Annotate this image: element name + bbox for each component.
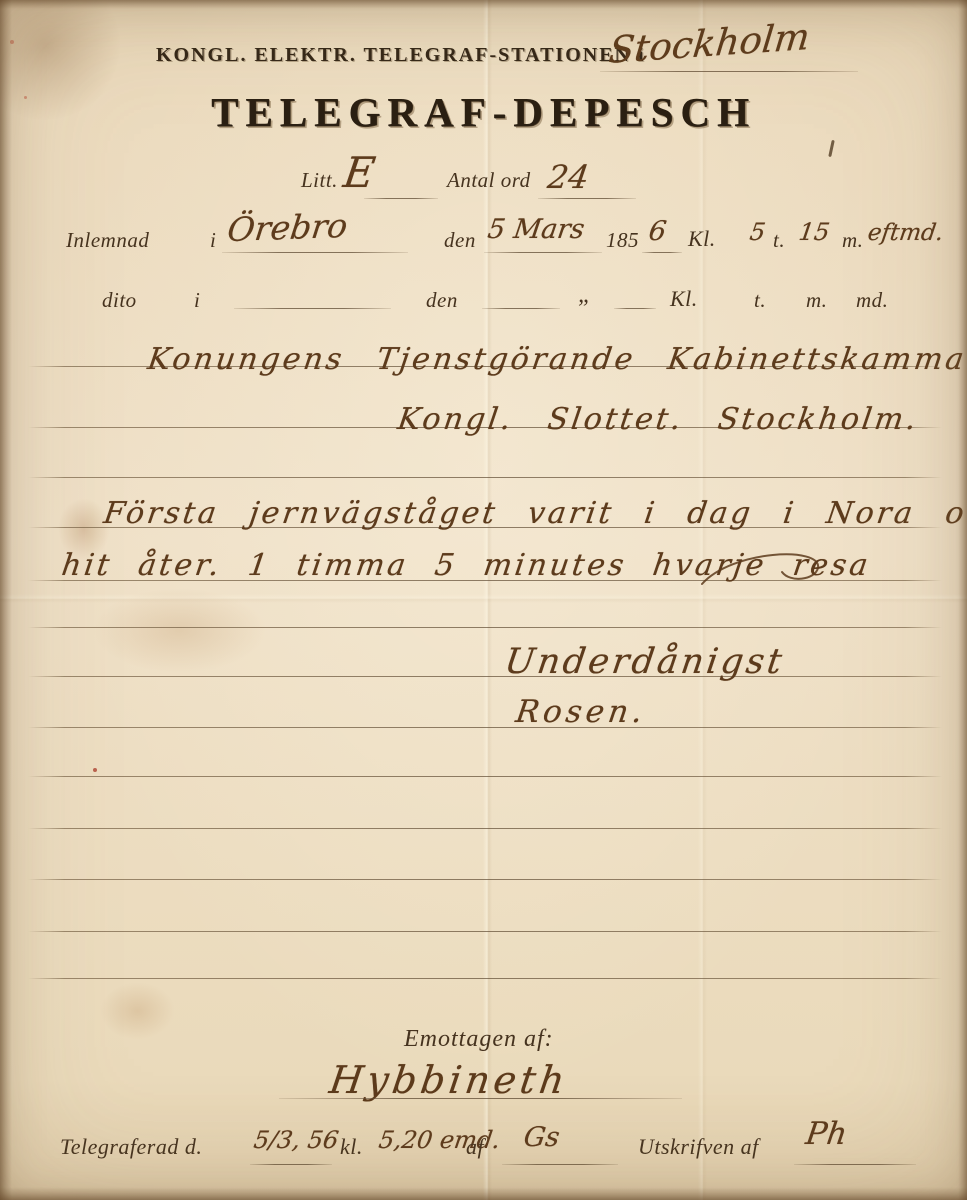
place-underline bbox=[222, 252, 408, 253]
year-digit-handwritten: 6 bbox=[647, 216, 669, 247]
ink-speck bbox=[93, 768, 97, 772]
antal-ord-label: Antal ord bbox=[447, 168, 531, 193]
paper-fold-vertical bbox=[698, 0, 707, 1200]
ink-speck bbox=[10, 40, 14, 44]
age-stain bbox=[100, 982, 175, 1040]
litt-label: Litt. bbox=[301, 168, 338, 193]
ruled-line bbox=[28, 627, 942, 628]
place-handwritten: Örebro bbox=[225, 206, 350, 249]
year-underline bbox=[642, 252, 682, 253]
ruled-line bbox=[28, 727, 942, 728]
litt-underline bbox=[364, 198, 438, 199]
paper-edge bbox=[958, 0, 967, 1200]
age-stain bbox=[92, 588, 267, 673]
paper-edge bbox=[0, 0, 12, 1200]
station-place-handwritten: Stockholm bbox=[607, 15, 812, 72]
t-label: t. bbox=[773, 228, 785, 253]
station-header-label: KONGL. ELEKTR. TELEGRAF-STATIONEN i bbox=[156, 44, 646, 67]
daypart-handwritten: eftmd. bbox=[866, 220, 945, 246]
closing-handwritten: Underdånigst bbox=[502, 642, 787, 682]
dito-md-label: md. bbox=[856, 288, 888, 313]
footer-kl-label: kl. bbox=[340, 1134, 363, 1160]
ruled-line bbox=[28, 879, 942, 880]
ruled-line bbox=[28, 828, 942, 829]
inlemnad-label: Inlemnad bbox=[66, 228, 149, 253]
station-underline bbox=[600, 71, 858, 72]
antal-underline bbox=[538, 198, 636, 199]
footer-af-label: af bbox=[466, 1134, 484, 1160]
minute-handwritten: 15 bbox=[797, 218, 831, 246]
ruled-line bbox=[28, 776, 942, 777]
ruled-line bbox=[28, 931, 942, 932]
form-title: TELEGRAF-DEPESCH bbox=[0, 88, 967, 136]
ruled-line bbox=[28, 477, 942, 478]
stray-ink-mark bbox=[828, 140, 834, 157]
year-printed: 185 bbox=[606, 228, 639, 253]
antal-ord-value-handwritten: 24 bbox=[545, 158, 591, 196]
dito-den-label: den bbox=[426, 288, 458, 313]
written-out-label: Utskrifven af bbox=[638, 1134, 759, 1160]
ruled-line bbox=[28, 676, 942, 677]
pen-flourish bbox=[700, 546, 840, 596]
writer-initials-handwritten: Ph bbox=[803, 1116, 849, 1152]
m-label: m. bbox=[842, 228, 863, 253]
sender-signature-handwritten: Rosen. bbox=[513, 694, 648, 730]
dito-year-blank bbox=[614, 308, 656, 309]
writer-underline bbox=[794, 1164, 916, 1165]
operator-initials-handwritten: Gs bbox=[522, 1122, 562, 1153]
inlemnad-i-label: i bbox=[210, 228, 216, 253]
date-underline bbox=[484, 252, 602, 253]
dito-place-blank bbox=[234, 308, 391, 309]
hour-handwritten: 5 bbox=[748, 218, 767, 246]
ditto-mark: „ bbox=[578, 282, 592, 309]
dito-m-label: m. bbox=[806, 288, 827, 313]
dito-date-blank bbox=[482, 308, 560, 309]
dito-label: dito bbox=[102, 288, 137, 313]
dito-kl-label: Kl. bbox=[670, 286, 698, 312]
dito-i-label: i bbox=[194, 288, 200, 313]
received-by-label: Emottagen af: bbox=[404, 1026, 554, 1053]
message-line1-handwritten: Första jernvägståget varit i dag i Nora … bbox=[102, 496, 967, 531]
address-line1-handwritten: Konungens Tjenstgörande Kabinettskammarh… bbox=[146, 342, 967, 377]
received-by-signature-handwritten: Hybbineth bbox=[327, 1058, 571, 1102]
telegraphed-label: Telegraferad d. bbox=[60, 1134, 202, 1160]
telegraph-form-page: KONGL. ELEKTR. TELEGRAF-STATIONEN i Stoc… bbox=[0, 0, 967, 1200]
den-label: den bbox=[444, 228, 476, 253]
kl-label: Kl. bbox=[688, 226, 716, 252]
litt-value-handwritten: E bbox=[341, 148, 379, 197]
paper-edge bbox=[0, 1187, 967, 1200]
telegraphed-date-underline bbox=[250, 1164, 332, 1165]
address-line2-handwritten: Kongl. Slottet. Stockholm. bbox=[396, 402, 922, 437]
telegraphed-date-handwritten: 5/3, 56 bbox=[252, 1126, 340, 1154]
ruled-line bbox=[28, 978, 942, 979]
paper-edge bbox=[0, 0, 967, 9]
operator-underline bbox=[502, 1164, 618, 1165]
dito-t-label: t. bbox=[754, 288, 766, 313]
date-handwritten: 5 Mars bbox=[486, 214, 587, 245]
